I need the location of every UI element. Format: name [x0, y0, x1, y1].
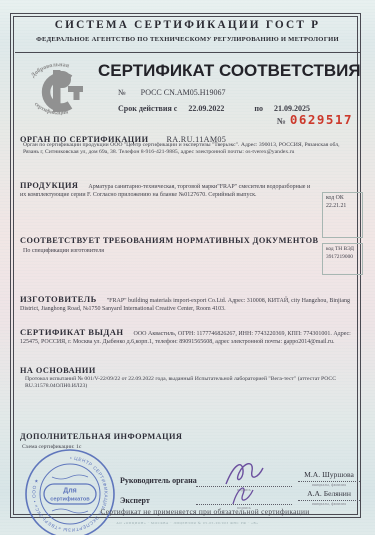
head-name-caption: инициалы, фамилия	[298, 483, 360, 487]
rst-glyph	[46, 70, 83, 112]
certificate-title: СЕРТИФИКАТ СООТВЕТСТВИЯ	[98, 61, 360, 81]
conformity-text: По спецификации изготовителя	[23, 248, 313, 255]
head-role: Руководитель органа	[120, 476, 197, 485]
number-sign: №	[118, 88, 126, 97]
expert-name-line	[298, 490, 360, 501]
printer-imprint: АО «ОПЦИОН» · МОСКВА · ЛИЦЕНЗИЯ № 05-05-…	[40, 521, 335, 525]
section-product: ПРОДУКЦИЯАрматура санитарно-техническая,…	[20, 182, 316, 199]
system-title: СИСТЕМА СЕРТИФИКАЦИИ ГОСТ Р	[15, 19, 360, 31]
expert-role: Эксперт	[120, 496, 150, 505]
blank-number-sign: №	[277, 116, 286, 126]
section-issued: СЕРТИФИКАТ ВЫДАНООО Аквастиль, ОГРН: 117…	[20, 328, 356, 346]
manufacturer-label: ИЗГОТОВИТЕЛЬ	[20, 294, 97, 304]
agency-title: ФЕДЕРАЛЬНОЕ АГЕНТСТВО ПО ТЕХНИЧЕСКОМУ РЕ…	[15, 36, 360, 43]
conformity-label: СООТВЕТСТВУЕТ ТРЕБОВАНИЯМ НОРМАТИВНЫХ ДО…	[20, 236, 320, 245]
tnved-code-label: код ТН ВЭД	[326, 246, 359, 254]
certificate-page: СИСТЕМА СЕРТИФИКАЦИИ ГОСТ Р ФЕДЕРАЛЬНОЕ …	[0, 0, 375, 535]
ok-code-box: код ОК 22.21.21	[322, 192, 363, 238]
header-divider	[15, 52, 360, 53]
ok-code-value: 22.21.21	[326, 203, 359, 211]
registration-number: РОСС CN.AM05.H19067	[141, 88, 226, 97]
stamp-center-line2: сертификатов	[50, 496, 90, 503]
tnved-code-box: код ТН ВЭД 3917219000	[322, 243, 363, 275]
issued-label: СЕРТИФИКАТ ВЫДАН	[20, 327, 124, 337]
blank-number-value: 0629517	[290, 112, 353, 127]
expert-sign-line	[196, 490, 292, 505]
stamp-center-line1: Для	[63, 488, 77, 495]
tnved-code-value: 3917219000	[326, 254, 359, 262]
blank-number: №0629517	[277, 112, 353, 127]
expert-name-caption: инициалы, фамилия	[298, 502, 360, 506]
valid-from-date: 22.09.2022	[188, 104, 224, 113]
ok-code-label: код ОК	[326, 195, 359, 203]
additional-label: ДОПОЛНИТЕЛЬНАЯ ИНФОРМАЦИЯ	[20, 432, 182, 441]
valid-to-label: по	[254, 104, 263, 113]
organ-text: Орган по сертификации продукции ООО "Цен…	[23, 142, 356, 157]
rst-logo: Добровольная сертификация	[16, 56, 102, 126]
head-name-line	[298, 471, 360, 482]
registration-number-row: № РОСС CN.AM05.H19067	[118, 88, 226, 97]
validity-label: Срок действия с	[118, 104, 177, 113]
product-label: ПРОДУКЦИЯ	[20, 181, 78, 190]
restriction-note: Сертификат не применяется при обязательн…	[60, 507, 350, 516]
section-manufacturer: ИЗГОТОВИТЕЛЬ"FRAP" building materials im…	[20, 295, 356, 313]
basis-label: НА ОСНОВАНИИ	[20, 366, 96, 375]
basis-text: Протокол испытаний № 001/V-22/09/22 от 2…	[25, 376, 349, 391]
